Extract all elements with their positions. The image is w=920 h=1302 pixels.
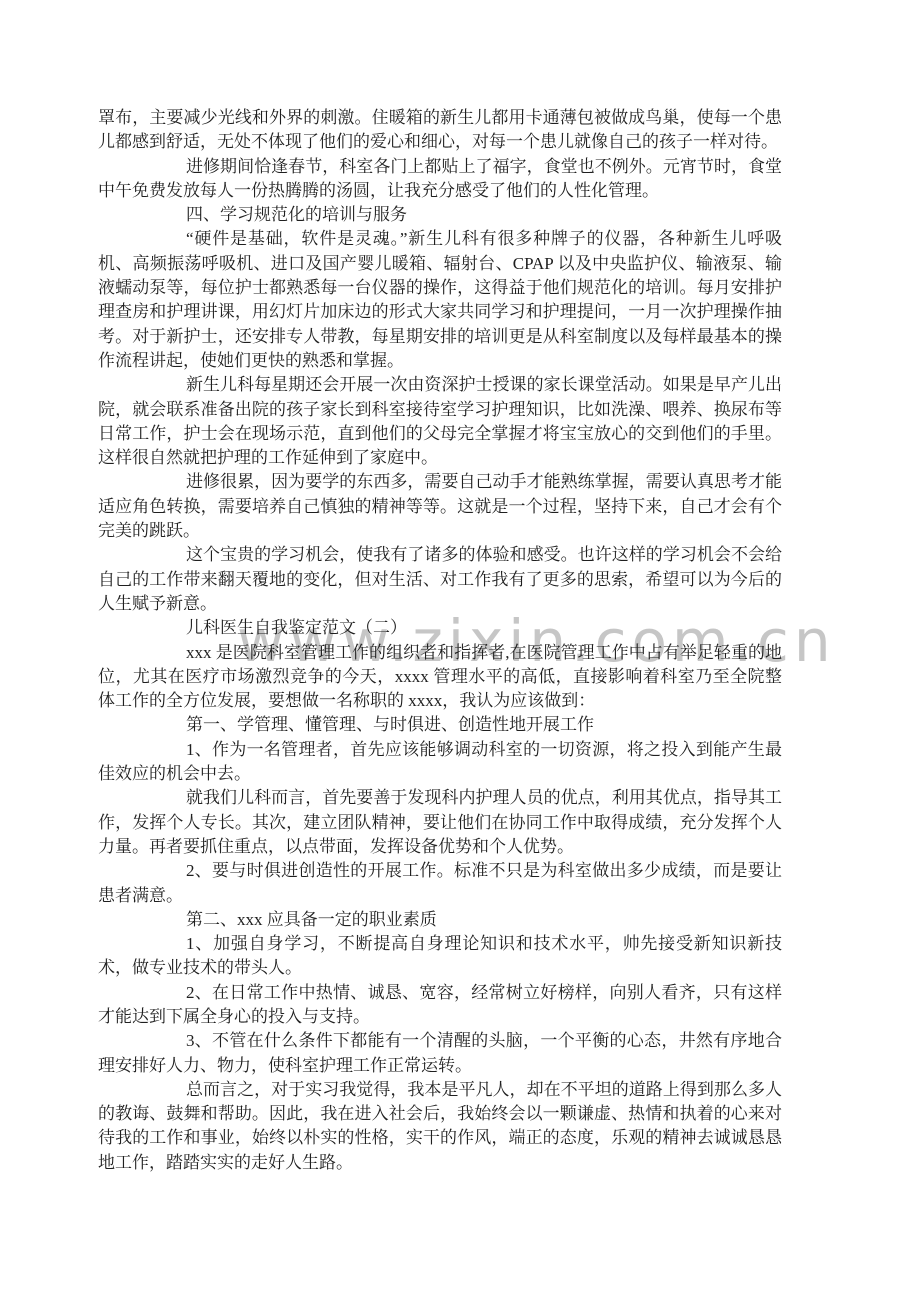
paragraph: 新生儿科每星期还会开展一次由资深护士授课的家长课堂活动。如果是早产儿出院，就会联… <box>98 373 782 470</box>
paragraph: 进修很累，因为要学的东西多，需要自己动手才能熟练掌握，需要认真思考才能适应角色转… <box>98 470 782 543</box>
paragraph: 3、不管在什么条件下都能有一个清醒的头脑，一个平衡的心态，井然有序地合理安排好人… <box>98 1029 782 1078</box>
paragraph: 第二、xxx 应具备一定的职业素质 <box>98 908 782 932</box>
paragraph: 四、学习规范化的培训与服务 <box>98 203 782 227</box>
document-text-block: 罩布，主要减少光线和外界的刺激。住暖箱的新生儿都用卡通薄包被做成鸟巢，使每一个患… <box>98 106 782 1175</box>
paragraph: 第一、学管理、懂管理、与时俱进、创造性地开展工作 <box>98 713 782 737</box>
document-page: www.zixin.com.cn 罩布，主要减少光线和外界的刺激。住暖箱的新生儿… <box>0 0 920 1302</box>
paragraph: xxx 是医院科室管理工作的组织者和指挥者,在医院管理工作中占有举足轻重的地位，… <box>98 641 782 714</box>
paragraph: 总而言之，对于实习我觉得，我本是平凡人，却在不平坦的道路上得到那么多人的教诲、鼓… <box>98 1078 782 1175</box>
paragraph: 1、作为一名管理者，首先应该能够调动科室的一切资源，将之投入到能产生最佳效应的机… <box>98 738 782 787</box>
paragraph: “硬件是基础，软件是灵魂。”新生儿科有很多种牌子的仪器，各种新生儿呼吸机、高频振… <box>98 227 782 373</box>
paragraph: 儿科医生自我鉴定范文（二） <box>98 616 782 640</box>
paragraph: 2、要与时俱进创造性的开展工作。标准不只是为科室做出多少成绩，而是要让患者满意。 <box>98 859 782 908</box>
paragraph: 罩布，主要减少光线和外界的刺激。住暖箱的新生儿都用卡通薄包被做成鸟巢，使每一个患… <box>98 106 782 155</box>
paragraph: 就我们儿科而言，首先要善于发现科内护理人员的优点，利用其优点，指导其工作，发挥个… <box>98 786 782 859</box>
paragraph: 1、加强自身学习，不断提高自身理论知识和技术水平，帅先接受新知识新技术，做专业技… <box>98 932 782 981</box>
paragraph: 2、在日常工作中热情、诚恳、宽容，经常树立好榜样，向别人看齐，只有这样才能达到下… <box>98 981 782 1030</box>
paragraph: 进修期间恰逢春节，科室各门上都贴上了福字，食堂也不例外。元宵节时，食堂中午免费发… <box>98 155 782 204</box>
paragraph: 这个宝贵的学习机会，使我有了诸多的体验和感受。也许这样的学习机会不会给自己的工作… <box>98 543 782 616</box>
